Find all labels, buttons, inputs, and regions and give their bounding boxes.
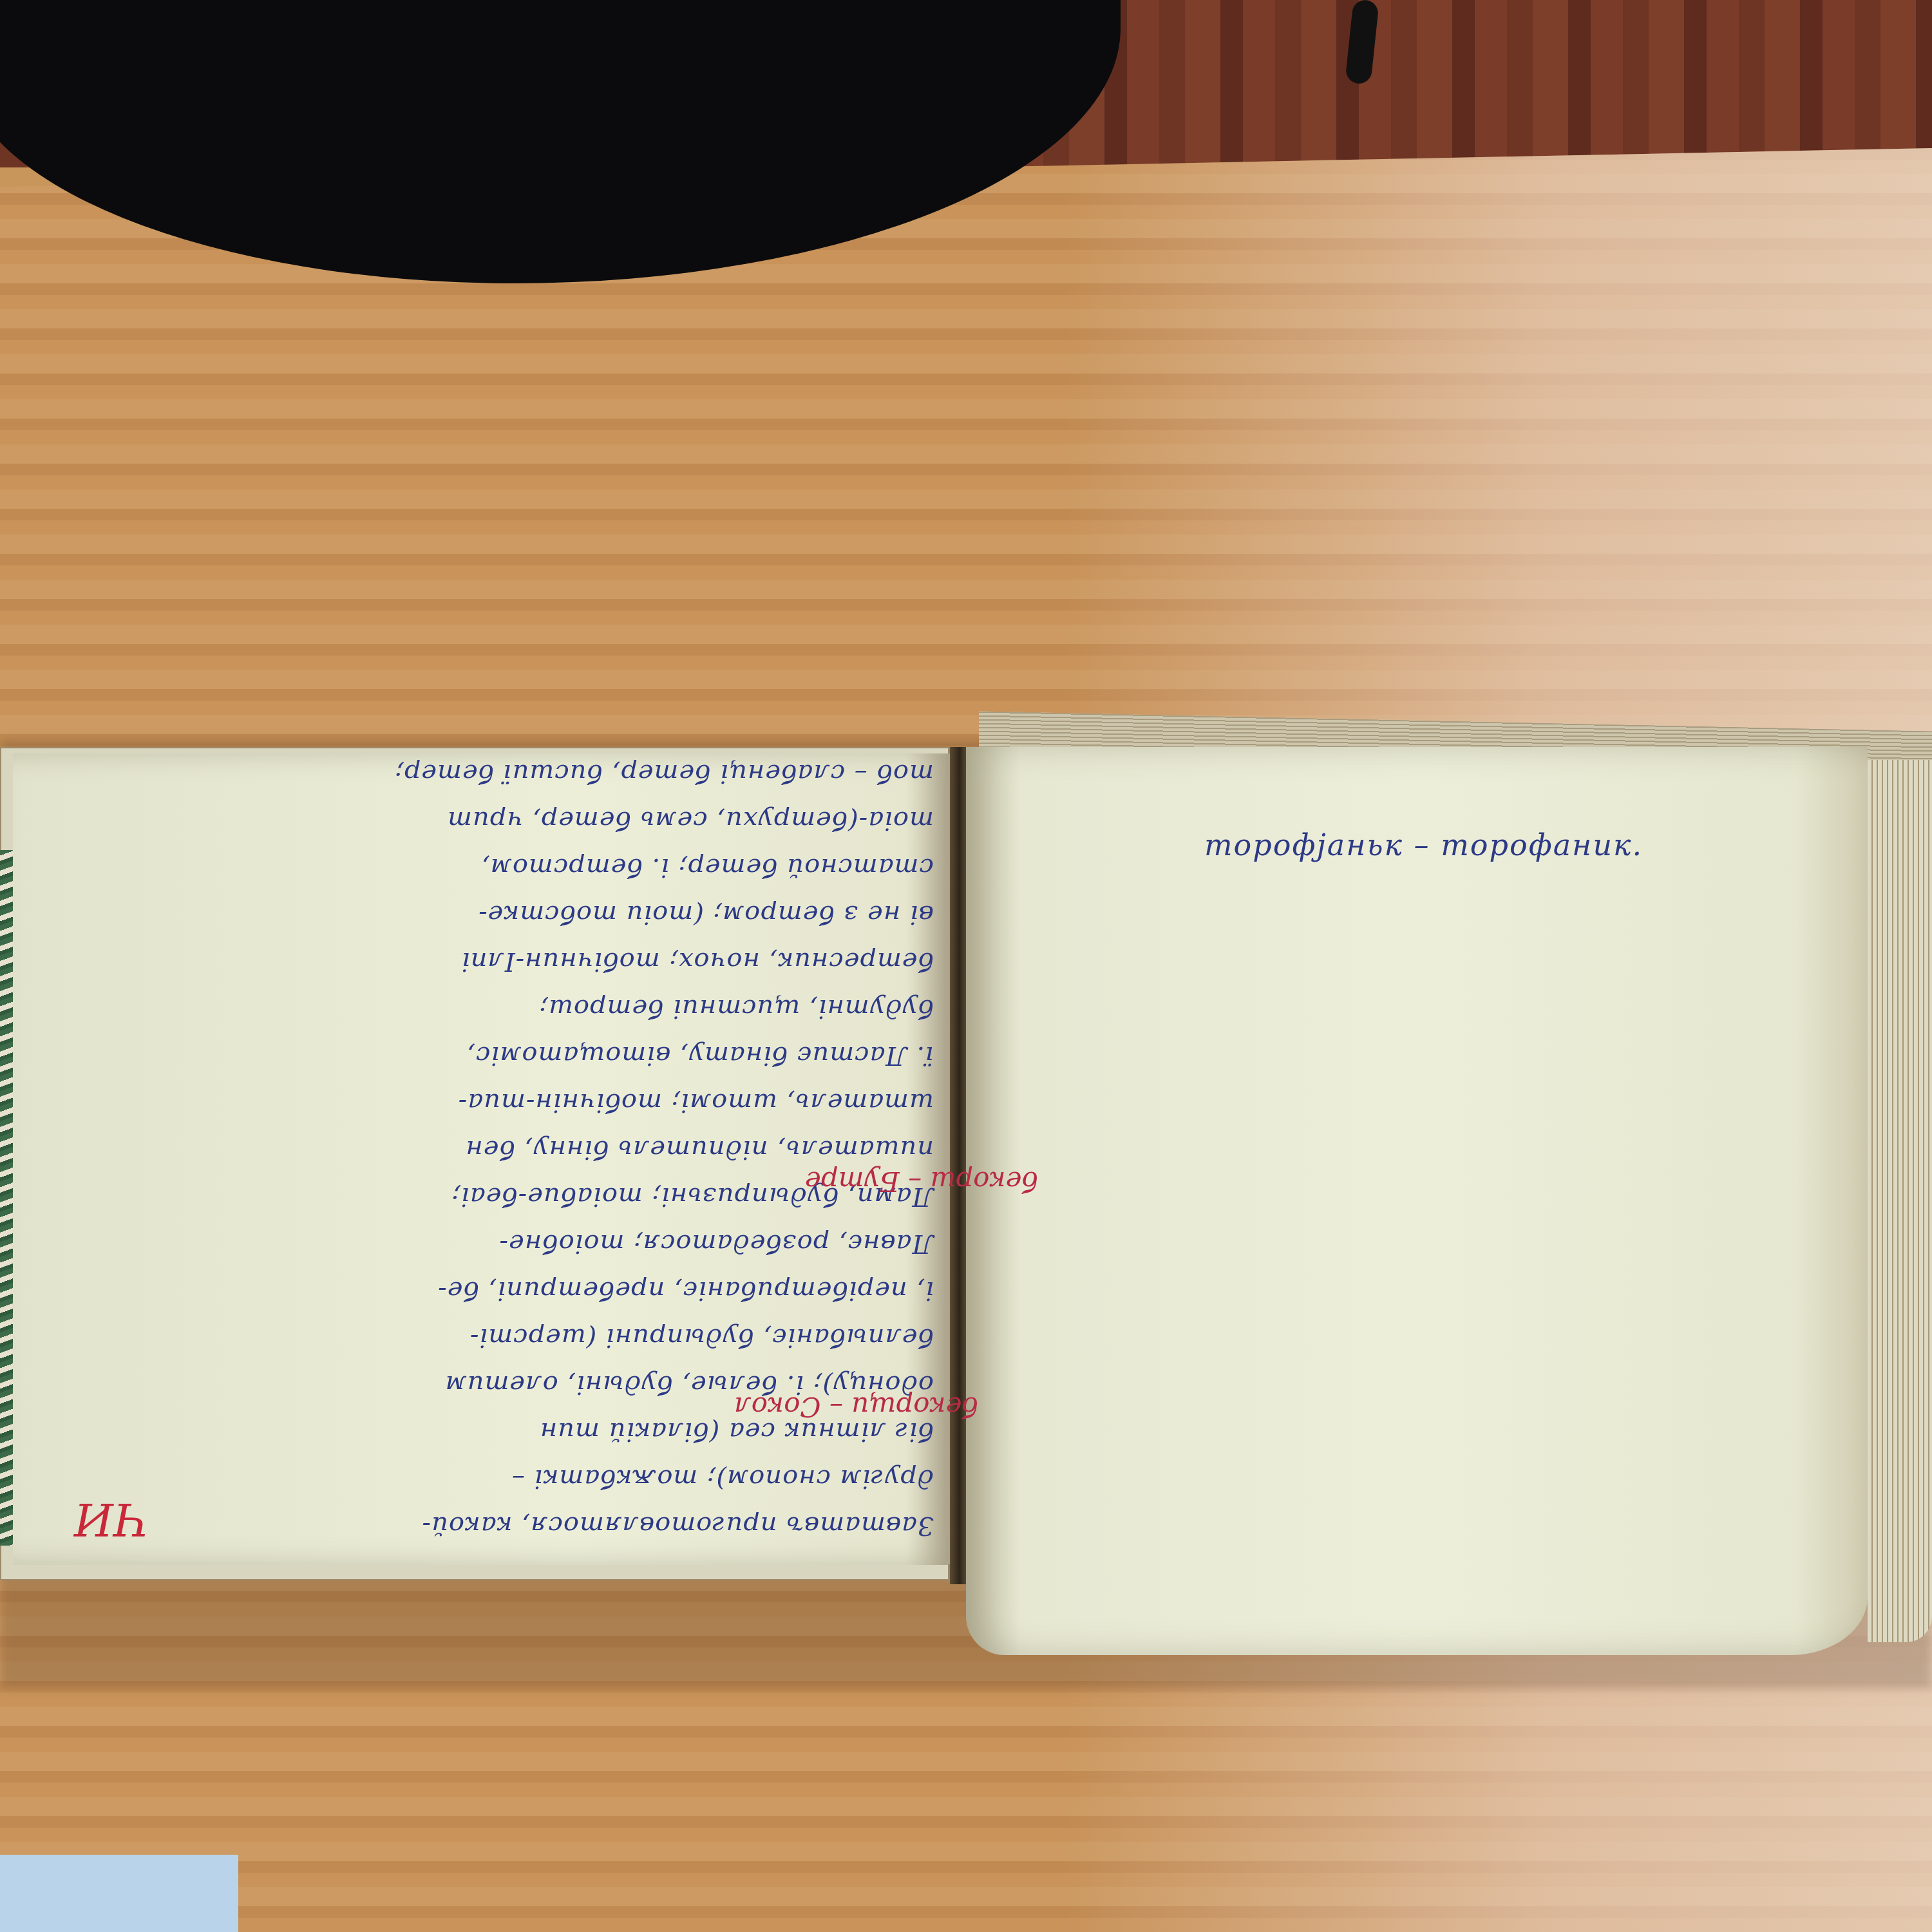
handwritten-line: будутні, щистниі бетрош; [45, 985, 934, 1032]
handwritten-line: штатель, штомі; тобічнін-тиа- [45, 1079, 934, 1126]
right-page [966, 747, 1868, 1655]
handwritten-line: Ламп, будыпризьні; тоіабие-беаі; [45, 1173, 934, 1220]
handwritten-line: бетресник, ночох; тобічнин-Ілпі [45, 938, 934, 985]
handwritten-line: ві не з бетром; (тоіи тобстке- [45, 891, 934, 938]
handwritten-line: другім снопом); тоѫкбаткі – [45, 1455, 934, 1502]
blue-paper-corner [0, 1855, 238, 1932]
right-page-handwriting: торофјаньк – торофаник. [1204, 828, 1643, 862]
handwritten-line: Лавнє, розбедатося; тоіобне- [45, 1220, 934, 1267]
handwritten-line: тоб – слабенці бетер, бисшиї бетер; [45, 750, 934, 797]
left-page-handwriting: Завтатвъ приготовлятося, какой- другім с… [45, 776, 934, 1549]
handwritten-line: Завтатвъ приготовлятося, какой- [45, 1502, 934, 1549]
margin-note-red: бекорщи – Сокол [734, 1391, 978, 1423]
handwritten-line: белпыбаніє, будыприні (шерсті- [45, 1314, 934, 1361]
red-signature: ЧИ [77, 1468, 148, 1546]
page-edges-right [1868, 760, 1932, 1642]
handwritten-line: статсной бетер; і. бетрстом, [45, 844, 934, 891]
handwritten-line: і, перібетрибаніє, пребетрипі, бе- [45, 1267, 934, 1314]
handwritten-line: тоіа-(бетрухи, семь бетер, чрит [45, 797, 934, 844]
margin-note-red: бекорш – Бутре [805, 1166, 1038, 1197]
handwritten-line: пишатель, підпитель бінну, бен [45, 1126, 934, 1173]
handwritten-line: ї. Ластиє бінату, вітощатоміс, [45, 1032, 934, 1079]
